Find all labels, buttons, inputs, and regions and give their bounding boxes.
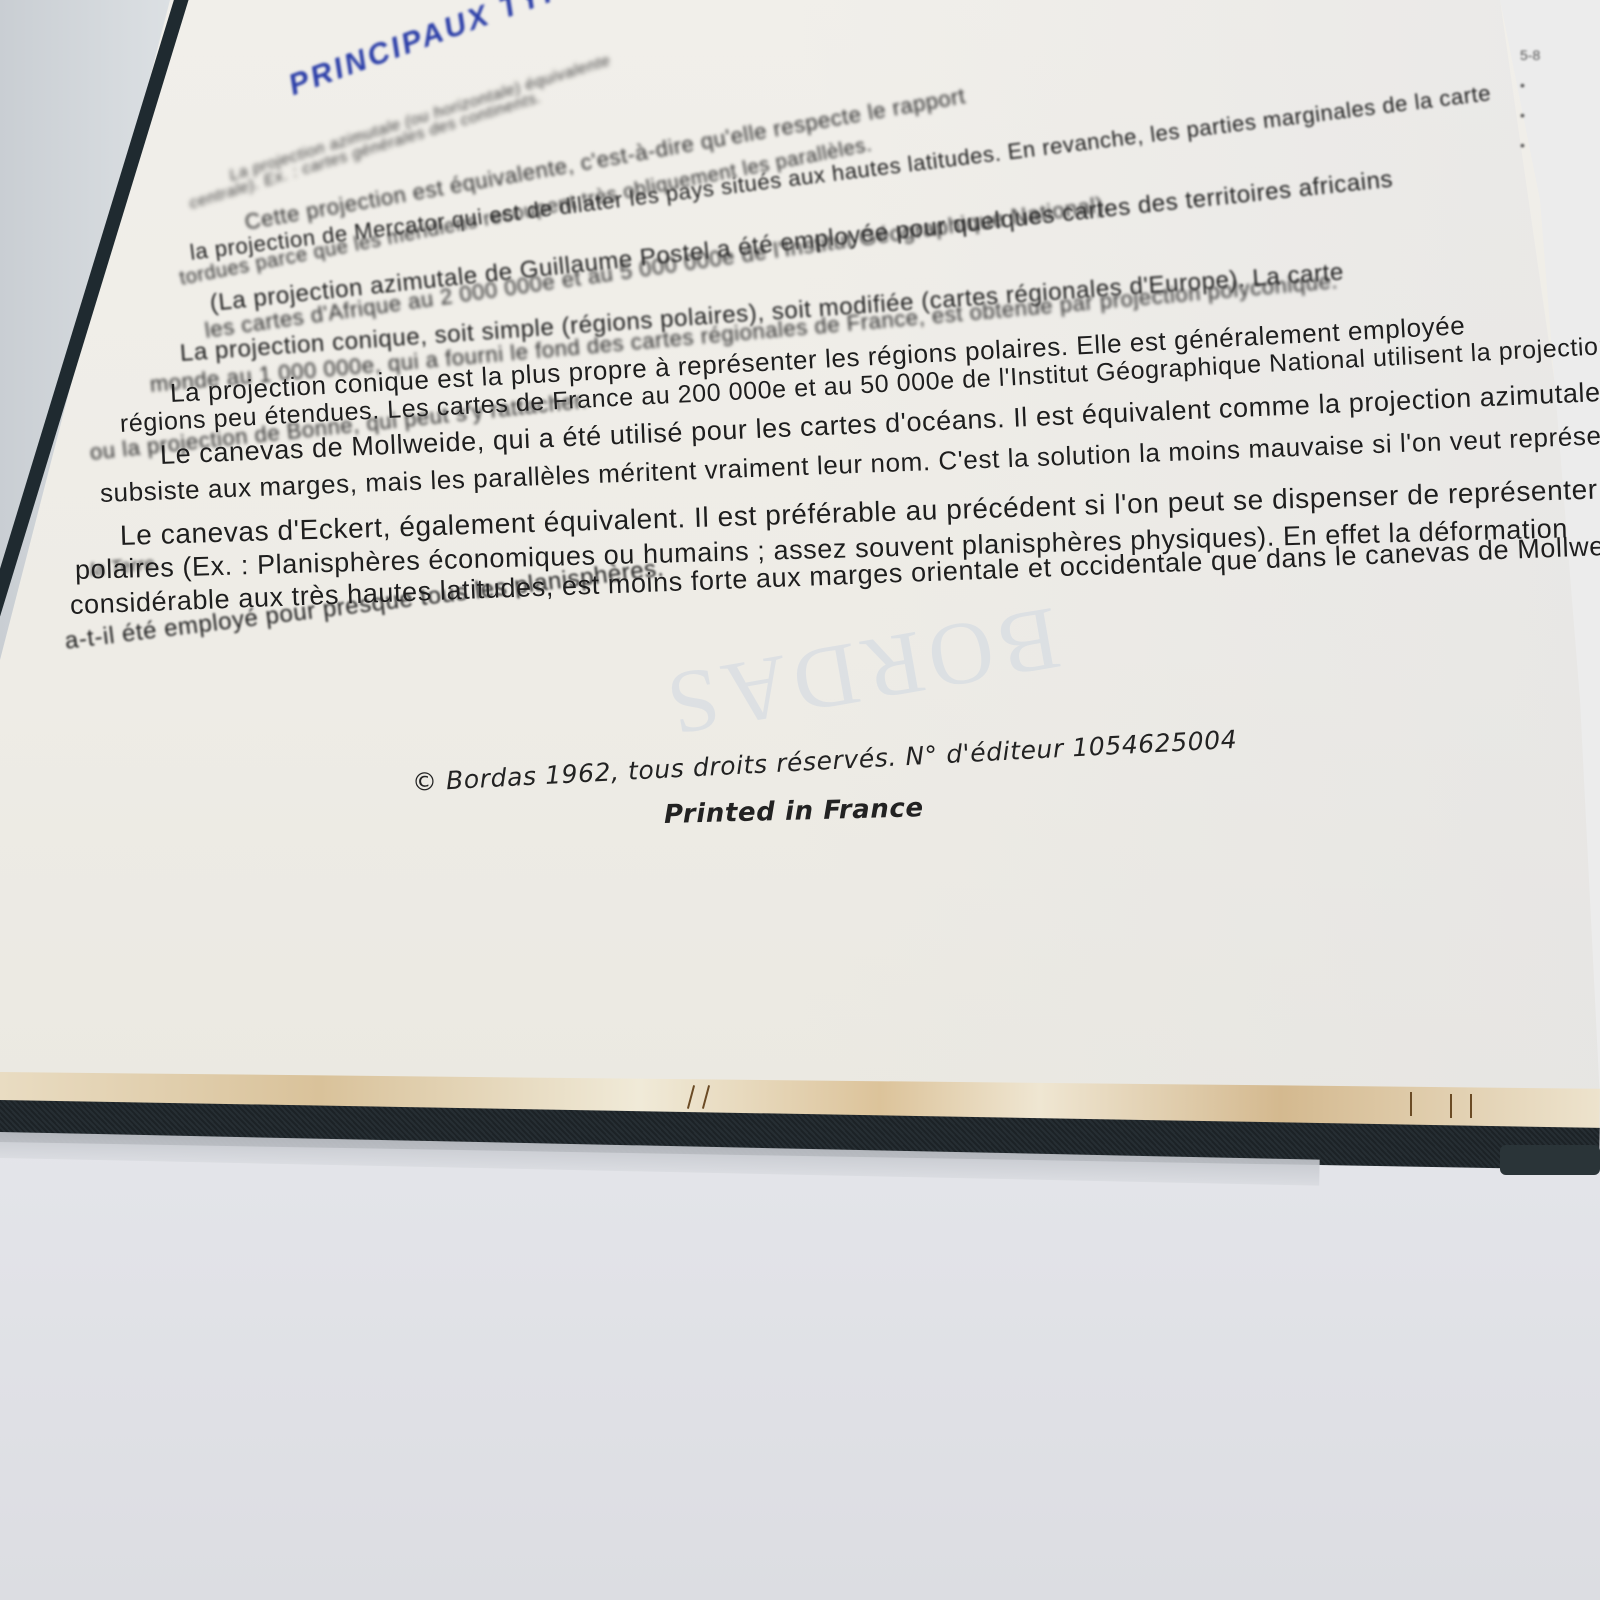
margin-mark: 5-8 [1520, 40, 1540, 70]
margin-mark: • [1520, 70, 1540, 100]
page-tick [1470, 1094, 1472, 1118]
margin-mark: • [1520, 100, 1540, 130]
margin-marks: 5-8 • • • [1520, 40, 1540, 160]
cover-corner [1500, 1145, 1600, 1175]
page-tick [1410, 1092, 1412, 1116]
margin-mark: • [1520, 130, 1540, 160]
page-tick [1450, 1094, 1452, 1118]
